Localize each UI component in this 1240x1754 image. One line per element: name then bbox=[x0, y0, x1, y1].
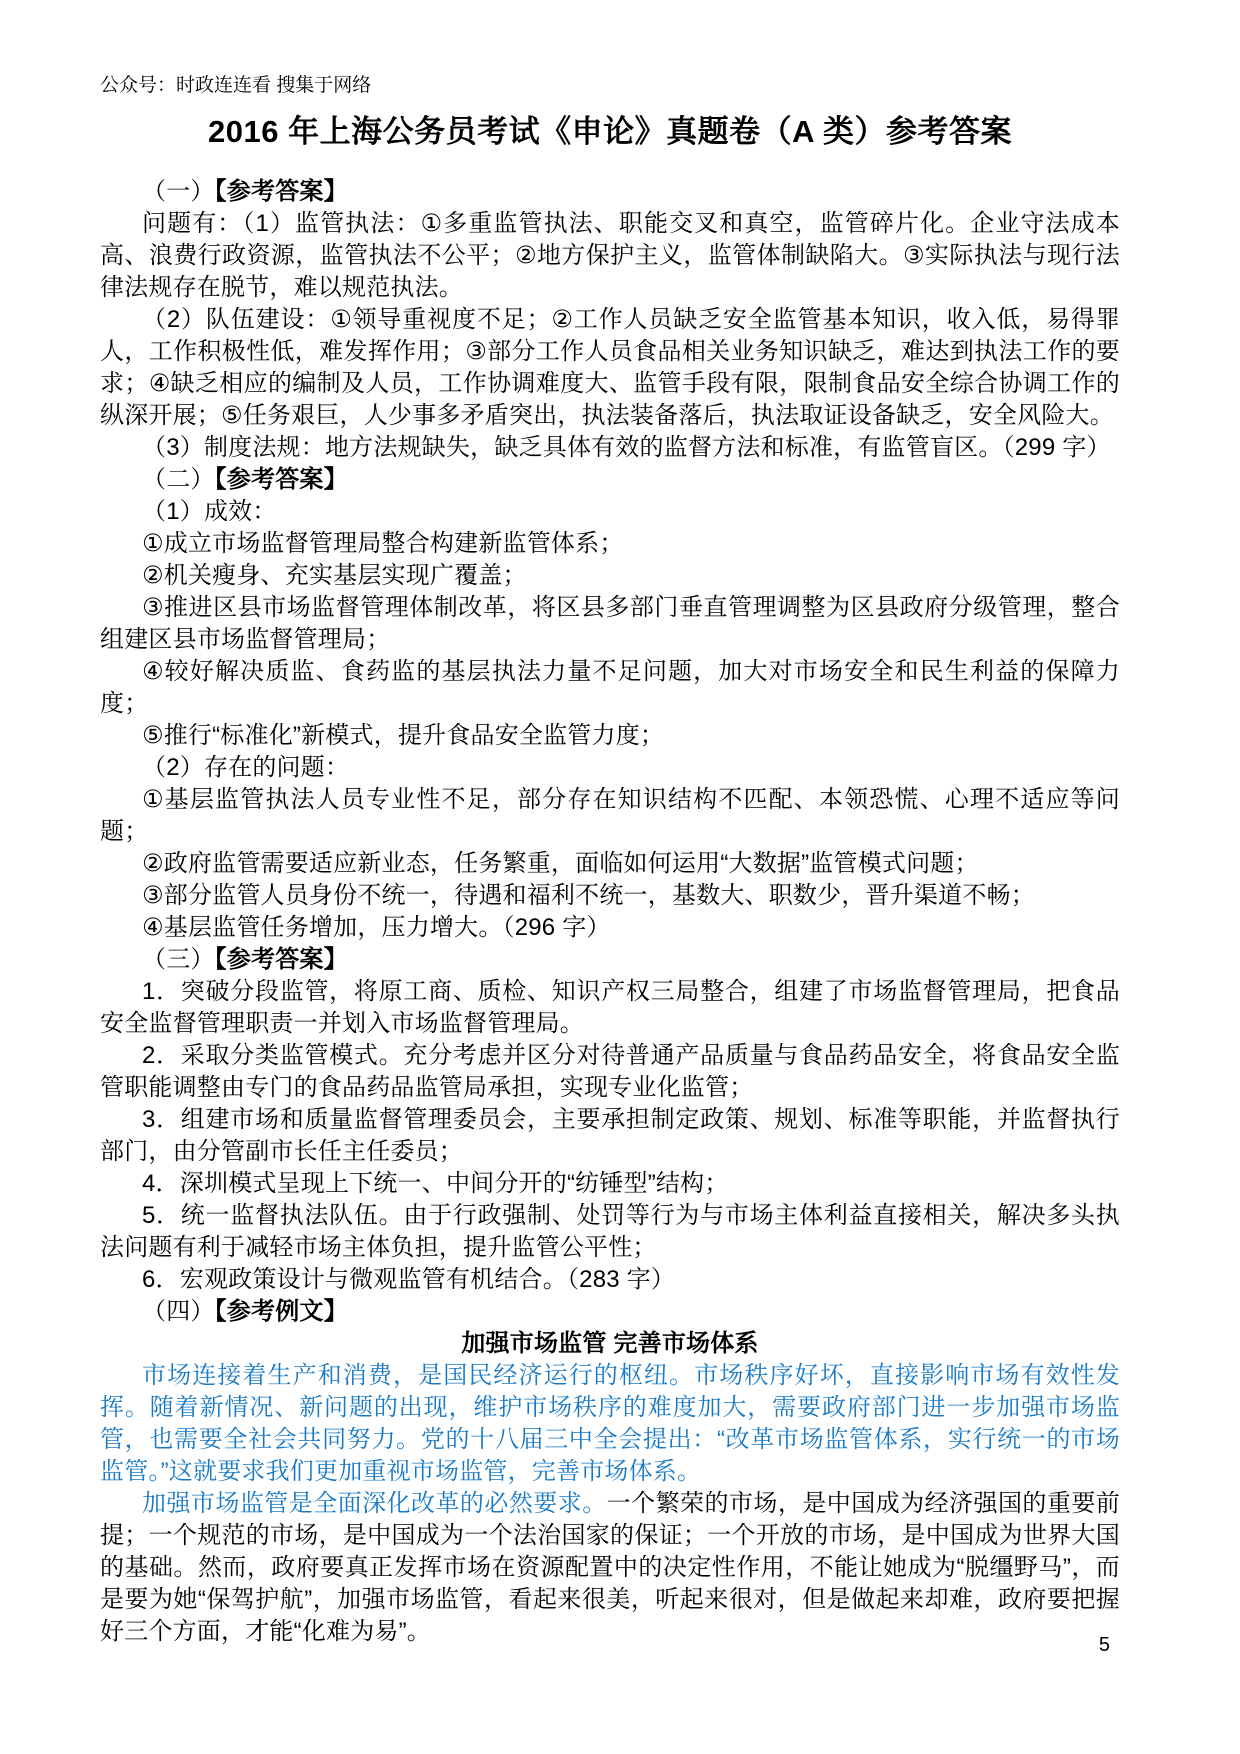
document-content: 公众号：时政连连看 搜集于网络 2016 年上海公务员考试《申论》真题卷（A 类… bbox=[100, 74, 1120, 1648]
body-paragraph: 3．组建市场和质量监督管理委员会，主要承担制定政策、规划、标准等职能，并监督执行… bbox=[100, 1104, 1120, 1168]
body-paragraph: （2）存在的问题： bbox=[100, 752, 1120, 784]
body-paragraph: 6．宏观政策设计与微观监管有机结合。（283 字） bbox=[100, 1264, 1120, 1296]
body-paragraph: 4．深圳模式呈现上下统一、中间分开的“纺锤型”结构； bbox=[100, 1168, 1120, 1200]
section-heading-prefix: （四） bbox=[142, 1298, 215, 1325]
body-paragraph: ④较好解决质监、食药监的基层执法力量不足问题，加大对市场安全和民生利益的保障力度… bbox=[100, 656, 1120, 720]
section-heading-prefix: （二） bbox=[142, 466, 215, 493]
essay-paragraph-lead: 加强市场监管是全面深化改革的必然要求。 bbox=[142, 1490, 607, 1517]
body-paragraph: （2）队伍建设：①领导重视度不足；②工作人员缺乏安全监管基本知识，收入低，易得罪… bbox=[100, 304, 1120, 432]
body-paragraph: 问题有：（1）监管执法：①多重监管执法、职能交叉和真空，监管碎片化。企业守法成本… bbox=[100, 208, 1120, 304]
document-title: 2016 年上海公务员考试《申论》真题卷（A 类）参考答案 bbox=[100, 110, 1120, 154]
body-paragraph: 1．突破分段监管，将原工商、质检、知识产权三局整合，组建了市场监督管理局，把食品… bbox=[100, 976, 1120, 1040]
body-paragraph: ⑤推行“标准化”新模式，提升食品安全监管力度； bbox=[100, 720, 1120, 752]
body-paragraph: ②机关瘦身、充实基层实现广覆盖； bbox=[100, 560, 1120, 592]
body-paragraph: ③部分监管人员身份不统一，待遇和福利不统一，基数大、职数少，晋升渠道不畅； bbox=[100, 880, 1120, 912]
body-paragraph: ①基层监管执法人员专业性不足，部分存在知识结构不匹配、本领恐慌、心理不适应等问题… bbox=[100, 784, 1120, 848]
document-page: 公众号：时政连连看 搜集于网络 2016 年上海公务员考试《申论》真题卷（A 类… bbox=[0, 0, 1240, 1754]
essay-title: 加强市场监管 完善市场体系 bbox=[100, 1328, 1120, 1360]
section-heading-prefix: （三） bbox=[142, 946, 215, 973]
section-heading: （三）【参考答案】 bbox=[100, 944, 1120, 976]
section-heading-prefix: （一） bbox=[142, 178, 215, 205]
body-paragraph: ②政府监管需要适应新业态，任务繁重，面临如何运用“大数据”监管模式问题； bbox=[100, 848, 1120, 880]
page-number: 5 bbox=[1099, 1634, 1110, 1657]
essay-paragraph: 加强市场监管是全面深化改革的必然要求。一个繁荣的市场，是中国成为经济强国的重要前… bbox=[100, 1488, 1120, 1648]
section-heading-label: 【参考答案】 bbox=[215, 466, 348, 493]
essay-paragraph: 市场连接着生产和消费，是国民经济运行的枢纽。市场秩序好坏，直接影响市场有效性发挥… bbox=[100, 1360, 1120, 1488]
body-paragraph: （3）制度法规：地方法规缺失，缺乏具体有效的监督方法和标准，有监管盲区。（299… bbox=[100, 432, 1120, 464]
section-heading: （二）【参考答案】 bbox=[100, 464, 1120, 496]
body-paragraph: ③推进区县市场监督管理体制改革，将区县多部门垂直管理调整为区县政府分级管理，整合… bbox=[100, 592, 1120, 656]
body-paragraph: 2．采取分类监管模式。充分考虑并区分对待普通产品质量与食品药品安全，将食品安全监… bbox=[100, 1040, 1120, 1104]
body-paragraph: 5．统一监督执法队伍。由于行政强制、处罚等行为与市场主体利益直接相关，解决多头执… bbox=[100, 1200, 1120, 1264]
body-paragraph: ①成立市场监督管理局整合构建新监管体系； bbox=[100, 528, 1120, 560]
body-paragraph: （1）成效： bbox=[100, 496, 1120, 528]
section-heading: （四）【参考例文】 bbox=[100, 1296, 1120, 1328]
section-heading-label: 【参考例文】 bbox=[215, 1298, 348, 1325]
paragraph-list: （一）【参考答案】问题有：（1）监管执法：①多重监管执法、职能交叉和真空，监管碎… bbox=[100, 176, 1120, 1648]
body-paragraph: ④基层监管任务增加，压力增大。（296 字） bbox=[100, 912, 1120, 944]
source-note: 公众号：时政连连看 搜集于网络 bbox=[100, 74, 1120, 98]
section-heading: （一）【参考答案】 bbox=[100, 176, 1120, 208]
section-heading-label: 【参考答案】 bbox=[215, 946, 348, 973]
section-heading-label: 【参考答案】 bbox=[215, 178, 348, 205]
